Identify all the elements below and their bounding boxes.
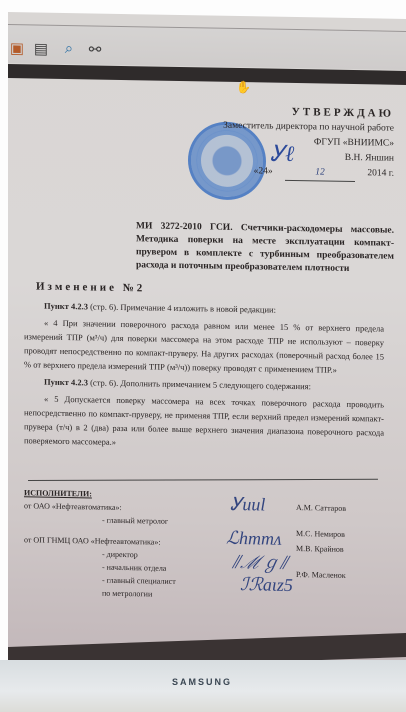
print-icon[interactable]: ▤ — [32, 39, 50, 57]
paragraph-4: « 5 Допускается поверку массомера на все… — [24, 391, 384, 453]
clause-ref: Пункт 4.2.3 — [44, 377, 88, 388]
paragraph-text: « 5 Допускается поверку массомера на все… — [24, 394, 384, 447]
executor-name: М.В. Крайнов — [296, 542, 346, 556]
monitor-brand-logo: SAMSUNG — [172, 677, 232, 687]
binoculars-icon[interactable]: ⚯ — [86, 40, 104, 58]
approval-block: УТВЕРЖДАЮ Заместитель директора по научн… — [223, 104, 394, 183]
executor-name: А.М. Саттаров — [296, 501, 346, 515]
approval-date-year: 2014 г. — [367, 168, 394, 178]
document-body: Пункт 4.2.3 (стр. 6). Примечание 4 излож… — [24, 298, 384, 456]
paragraph-2: « 4 При значении поверочного расхода рав… — [24, 315, 384, 377]
approval-position: Заместитель директора по научной работе — [223, 119, 394, 137]
executor-name: Р.Ф. Масленок — [296, 568, 346, 582]
clause-ref: Пункт 4.2.3 — [44, 301, 88, 312]
executor-name: М.С. Немиров — [296, 527, 346, 541]
approval-date-month: 12 — [285, 165, 355, 182]
change-heading: Изменение №2 — [36, 280, 145, 294]
signature-1: Ꭹuul — [230, 494, 265, 516]
signature-2: ℒhmmᴧ — [226, 528, 281, 550]
section-divider — [28, 479, 378, 481]
signature-4: ℐℛaιz5 — [240, 574, 293, 596]
approval-date-day: «24» — [254, 166, 273, 176]
document-title: МИ 3272-2010 ГСИ. Счетчики-расходомеры м… — [136, 220, 394, 277]
viewer-toolbar: ▣ ▤ ⌕ ⚯ — [8, 24, 406, 70]
executor-names: А.М. Саттаров М.С. Немиров М.В. Крайнов … — [296, 501, 346, 595]
magnifier-icon[interactable]: ⌕ — [60, 40, 78, 58]
paragraph-text: (стр. 6). Дополнить примечанием 5 следую… — [88, 377, 311, 391]
paragraph-text: « 4 При значении поверочного расхода рав… — [24, 318, 384, 375]
save-icon[interactable]: ▣ — [8, 39, 26, 57]
monitor-screen: ▣ ▤ ⌕ ⚯ ✋ Ꭹℓ УТВЕРЖДАЮ Заместитель дирек… — [8, 12, 406, 691]
signature-3: ⫽ℳℊ⫽ — [232, 548, 288, 575]
approval-date: «24» 12 2014 г. — [223, 164, 394, 183]
document-page[interactable]: Ꭹℓ УТВЕРЖДАЮ Заместитель директора по на… — [8, 78, 406, 645]
paragraph-text: (стр. 6). Примечание 4 изложить в новой … — [88, 301, 276, 314]
